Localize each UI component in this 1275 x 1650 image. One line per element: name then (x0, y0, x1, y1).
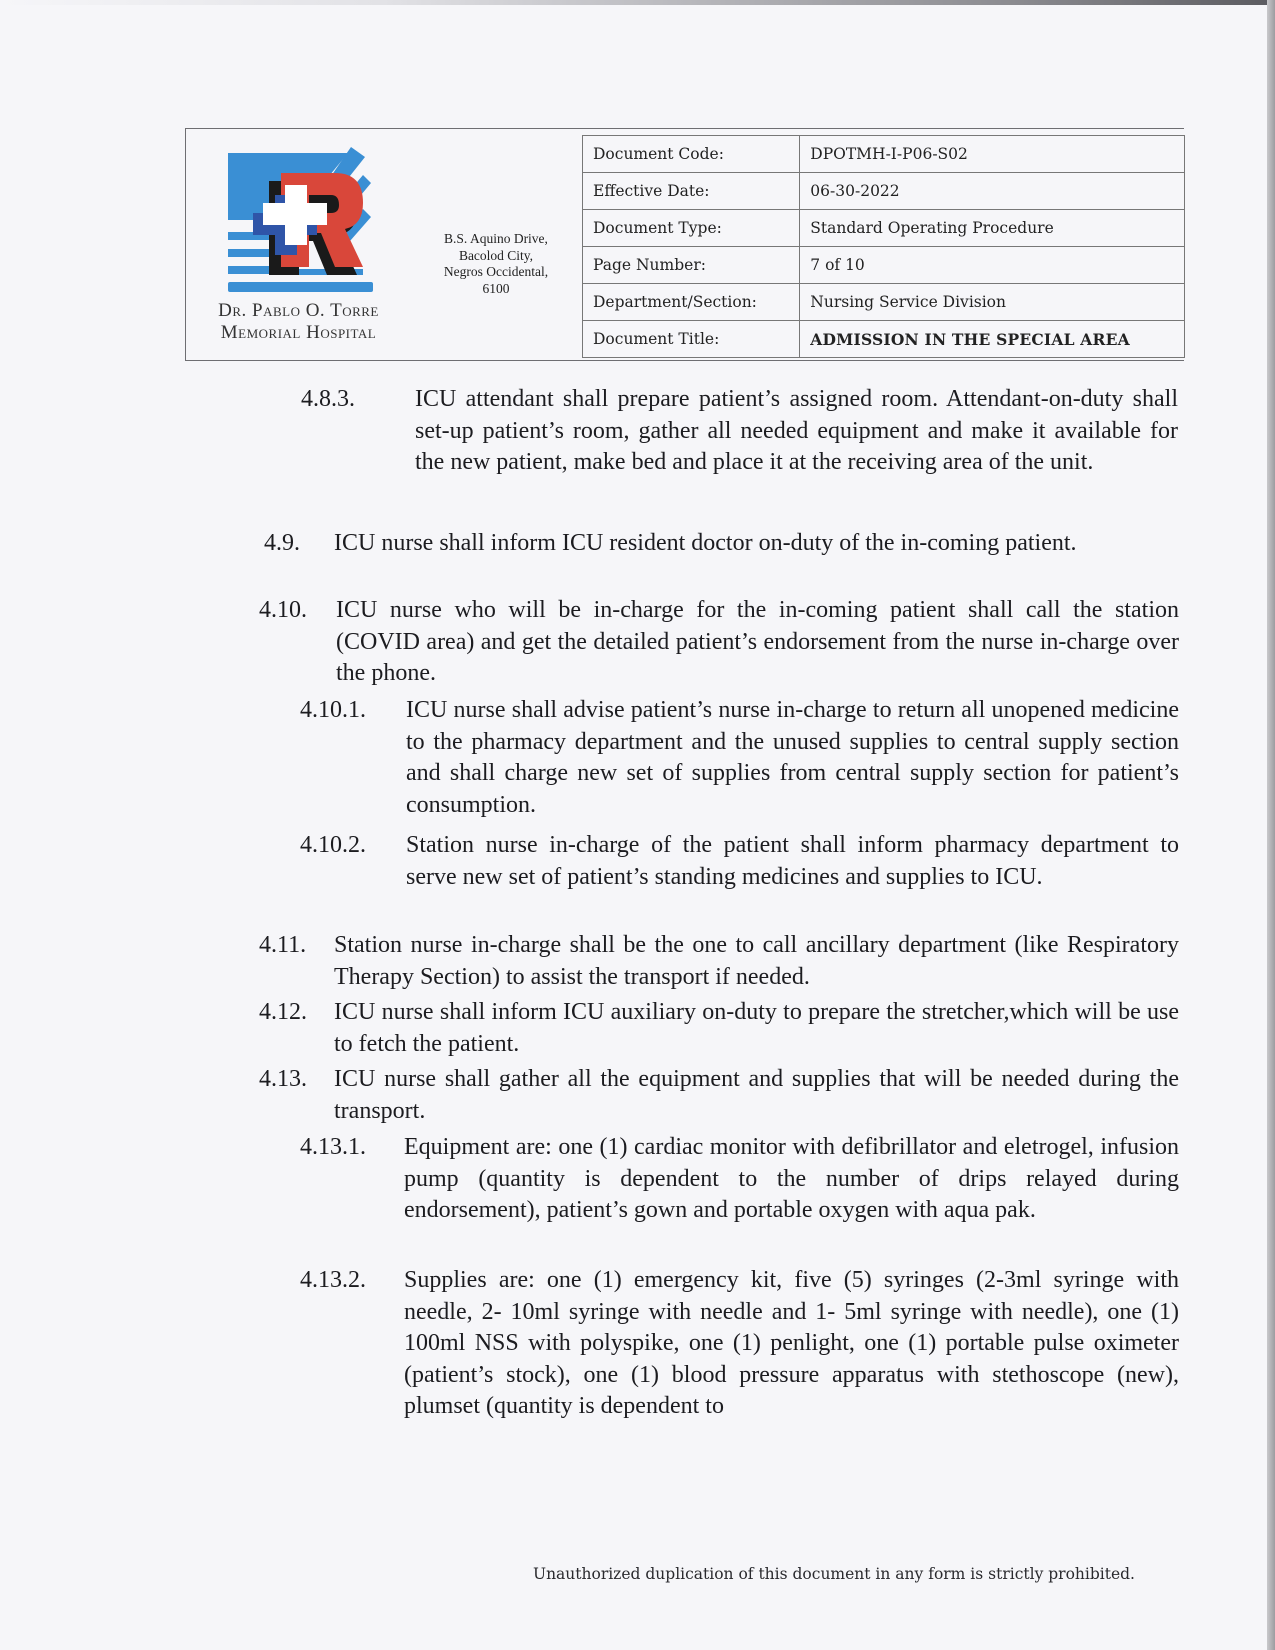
item-text: ICU nurse shall inform ICU resident doct… (334, 528, 1179, 560)
meta-value: DPOTMH-I-P06-S02 (800, 136, 1185, 173)
meta-row-page-number: Page Number: 7 of 10 (583, 247, 1185, 284)
meta-label: Document Title: (583, 321, 800, 358)
hospital-name-line1: Dr. Pablo O. Torre (186, 300, 411, 322)
meta-row-effective-date: Effective Date: 06-30-2022 (583, 173, 1185, 210)
item-text: Station nurse in-charge of the patient s… (406, 830, 1179, 893)
item-number: 4.11. (259, 930, 306, 962)
item-number: 4.13. (259, 1064, 307, 1096)
item-text: ICU attendant shall prepare patient’s as… (415, 384, 1178, 479)
meta-row-document-title: Document Title: ADMISSION IN THE SPECIAL… (583, 321, 1185, 358)
item-number: 4.13.1. (300, 1132, 366, 1164)
item-text: ICU nurse who will be in-charge for the … (336, 595, 1179, 690)
meta-value: 7 of 10 (800, 247, 1185, 284)
meta-label: Department/Section: (583, 284, 800, 321)
scan-edge-top (0, 0, 1275, 5)
item-number: 4.12. (259, 997, 307, 1029)
item-number: 4.8.3. (301, 384, 355, 416)
meta-value: Standard Operating Procedure (800, 210, 1185, 247)
item-text: ICU nurse shall inform ICU auxiliary on-… (334, 997, 1179, 1060)
meta-value: 06-30-2022 (800, 173, 1185, 210)
footer-notice: Unauthorized duplication of this documen… (533, 1565, 1135, 1583)
meta-value: Nursing Service Division (800, 284, 1185, 321)
item-number: 4.10.2. (300, 830, 366, 862)
scan-edge-right (1267, 0, 1275, 1650)
meta-label: Document Code: (583, 136, 800, 173)
item-text: Supplies are: one (1) emergency kit, fiv… (404, 1265, 1179, 1423)
item-text: ICU nurse shall advise patient’s nurse i… (406, 695, 1179, 821)
meta-row-document-type: Document Type: Standard Operating Proced… (583, 210, 1185, 247)
item-number: 4.13.2. (300, 1265, 366, 1297)
address-line: Negros Occidental, (411, 264, 581, 281)
hospital-name-line2: Memorial Hospital (186, 322, 411, 344)
item-number: 4.10. (259, 595, 307, 627)
address-line: B.S. Aquino Drive, (411, 231, 581, 248)
item-text: Equipment are: one (1) cardiac monitor w… (404, 1132, 1179, 1227)
meta-label: Page Number: (583, 247, 800, 284)
item-text: Station nurse in-charge shall be the one… (334, 930, 1179, 993)
hospital-logo-area: Dr. Pablo O. Torre Memorial Hospital (186, 129, 411, 360)
address-line: 6100 (411, 281, 581, 298)
hospital-logo-icon (223, 145, 373, 295)
item-text: ICU nurse shall gather all the equipment… (334, 1064, 1179, 1127)
meta-value-title: ADMISSION IN THE SPECIAL AREA (800, 321, 1185, 358)
meta-label: Effective Date: (583, 173, 800, 210)
document-meta-table: Document Code: DPOTMH-I-P06-S02 Effectiv… (582, 135, 1185, 358)
hospital-address: B.S. Aquino Drive, Bacolod City, Negros … (411, 231, 581, 297)
meta-row-department: Department/Section: Nursing Service Divi… (583, 284, 1185, 321)
item-number: 4.10.1. (300, 695, 366, 727)
address-line: Bacolod City, (411, 248, 581, 265)
meta-row-document-code: Document Code: DPOTMH-I-P06-S02 (583, 136, 1185, 173)
meta-label: Document Type: (583, 210, 800, 247)
item-number: 4.9. (264, 528, 300, 560)
document-header: Dr. Pablo O. Torre Memorial Hospital B.S… (185, 128, 1184, 361)
